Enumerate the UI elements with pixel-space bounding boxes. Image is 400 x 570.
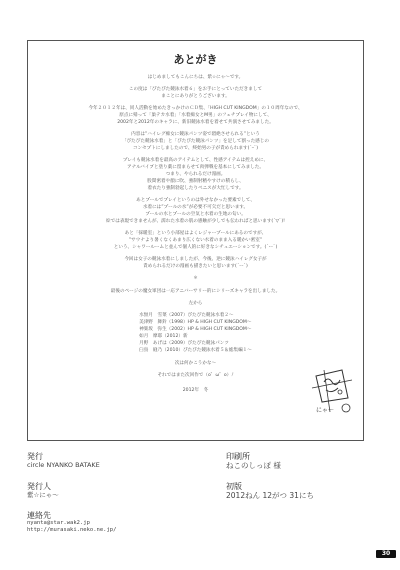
text-line: コンセプトにしましたので、終始男の子が責められます(´ｰ`) <box>34 145 357 152</box>
credit-item: 如月 摩耶（2012）新 <box>139 333 252 340</box>
text-line: 股間密着や顔に吹、強制射精やすけの積らし、 <box>34 178 357 185</box>
contact-email[interactable]: nyanta@star.wak2.jp <box>27 520 116 527</box>
svg-text:にゃ〜: にゃ〜 <box>316 407 334 414</box>
date-text: 2012年 冬 <box>34 387 357 394</box>
paragraph-warm-room: あと「採暖室」という小部屋はよくレジャープールにあるのですが、 ”サウナより暑く… <box>34 230 357 251</box>
credits-heading: 左から <box>34 300 357 307</box>
text-line: 今年２０１２年は、同人活動を始めたきっかけのＣＤ集、「HIGH CUT KING… <box>34 105 357 112</box>
text-line: この度は「ぴたぴた競泳水着６」をお手にとっていただきまして <box>34 86 357 93</box>
farewell-text: それではまた次回作で（o゜ω゜o）ﾉ <box>34 372 357 379</box>
text-line: アナルバイブと塗り薬に留まらせて肉弾戦を基本にしてみました。 <box>34 164 357 171</box>
paragraph-thanks: この度は「ぴたぴた競泳水着６」をお手にとっていただきまして まことにありがとうご… <box>34 86 357 100</box>
text-line: 今回は女子の競泳水着にしましたが、今後、逆に競泳ハイレグ女子が <box>34 256 357 263</box>
text-line: プールの水とプールの空気と水着の生地の匂い。 <box>34 211 357 218</box>
publisher-label: 発行 <box>27 452 100 461</box>
text-line: 責められるだけの漫画も描きたいと思います(´ー`) <box>34 263 357 270</box>
page-number-badge: 30 <box>376 550 396 558</box>
contact-label: 連絡先 <box>27 511 116 520</box>
character-credits-list: 水無月 雪菜（2007）ぴたぴた競泳水着２〜 美津野 舞鈴（1998）HP & … <box>139 312 252 354</box>
text-line: ”サウナより暑くなくあまり広くない水着のまま入る暖かい密室” <box>34 237 357 244</box>
credit-item: 臼鳥 縫乃（2010）ぴたぴた競泳水着５＆総集編１〜 <box>139 347 252 354</box>
credit-item: 美津野 舞鈴（1998）HP & HIGH CUT KINGDOM〜 <box>139 319 252 326</box>
contact-url[interactable]: http://murasaki.neko.ne.jp/ <box>27 527 116 534</box>
publisher-block: 発行 circle NYANKO BATAKE <box>27 452 100 470</box>
text-line: 内容は”ハイレグ痴女に競泳パンツ姿で悶絶させられる”という <box>34 131 357 138</box>
paragraph-anniversary: 今年２０１２年は、同人活動を始めたきっかけのＣＤ集、「HIGH CUT KING… <box>34 105 357 126</box>
separator-star: ＊ <box>34 275 357 282</box>
edition-value: 2012ねん 12がつ 31にち <box>226 491 314 500</box>
issuer-label: 発行人 <box>27 482 59 491</box>
text-line: 水着には”プールの水”が必要不可欠だと思います。 <box>34 204 357 211</box>
text-line: あと「採暖室」という小部屋はよくレジャープールにあるのですが、 <box>34 230 357 237</box>
text-line: 2002年と2012年のキャラに、新旧競泳水着を着せて共演させてみました。 <box>34 119 357 126</box>
credit-item: 水無月 雪菜（2007）ぴたぴた競泳水着２〜 <box>139 312 252 319</box>
text-line: 原点に帰って「巣テカ水着」「水着痴女とM男」のフェチプレイ物にして、 <box>34 112 357 119</box>
text-line: 「ぴたぴた競泳水着」と「ぴたぴた競泳パンツ」を足して割った感じの <box>34 138 357 145</box>
contact-block: 連絡先 nyanta@star.wak2.jp http://murasaki.… <box>27 511 116 534</box>
paragraph-greeting: はじめましてもこんにちは、紫☆にゃ〜です。 <box>34 74 357 81</box>
text-line: という、シャワールームと並んで個人的に好きなシチュエーションです。(´ー`) <box>34 244 357 251</box>
text-line: あとプールでプレイというのは外せなかった要素でして、 <box>34 197 357 204</box>
credit-item: 神楽坂 弥生（2002）HP & HIGH CUT KINGDOM〜 <box>139 326 252 333</box>
publisher-value: circle NYANKO BATAKE <box>27 461 100 470</box>
issuer-value: 紫☆にゃ〜 <box>27 491 59 500</box>
text-line: プレイも競泳水着を最高のアイテムとして、性感アイテムは控えめに、 <box>34 157 357 164</box>
edition-label: 初版 <box>226 482 314 491</box>
printer-value: ねこのしっぽ 様 <box>226 461 281 470</box>
printer-label: 印刷所 <box>226 452 281 461</box>
closing-intro: 最後のページの魔女軍団は一応アニバーサリー的にシリーズキャラを出しました。 <box>34 288 357 295</box>
author-signature-icon: にゃ〜 <box>310 368 354 416</box>
afterword-body: はじめましてもこんにちは、紫☆にゃ〜です。 この度は「ぴたぴた競泳水着６」をお手… <box>34 74 357 399</box>
edition-block: 初版 2012ねん 12がつ 31にち <box>226 482 314 500</box>
text-line: つまり、やられるだけ漫画。 <box>34 171 357 178</box>
paragraph-play: プレイも競泳水着を最高のアイテムとして、性感アイテムは控えめに、 アナルバイブと… <box>34 157 357 192</box>
printer-block: 印刷所 ねこのしっぽ 様 <box>226 452 281 470</box>
afterword-title: あとがき <box>28 51 363 67</box>
text-line: はじめましてもこんにちは、紫☆にゃ〜です。 <box>34 74 357 81</box>
paragraph-future: 今回は女子の競泳水着にしましたが、今後、逆に競泳ハイレグ女子が 責められるだけの… <box>34 256 357 270</box>
text-line: まことにありがとうございます。 <box>34 93 357 100</box>
paragraph-pool: あとプールでプレイというのは外せなかった要素でして、 水着には”プールの水”が必… <box>34 197 357 225</box>
credit-item: 月野 あげは（2009）ぴたぴた競泳パンツ <box>139 340 252 347</box>
text-line: 絵では表現できませんが、濡れた水着の肌の感触が少しでも伝わればと思います(´▽`… <box>34 218 357 225</box>
issuer-block: 発行人 紫☆にゃ〜 <box>27 482 59 500</box>
paragraph-concept: 内容は”ハイレグ痴女に競泳パンツ姿で悶絶させられる”という 「ぴたぴた競泳水着」… <box>34 131 357 152</box>
next-work-text: 次は何かこうかな〜 <box>34 360 357 367</box>
text-line: 着衣たり強制勃起したりペニスが大忙しです。 <box>34 185 357 192</box>
